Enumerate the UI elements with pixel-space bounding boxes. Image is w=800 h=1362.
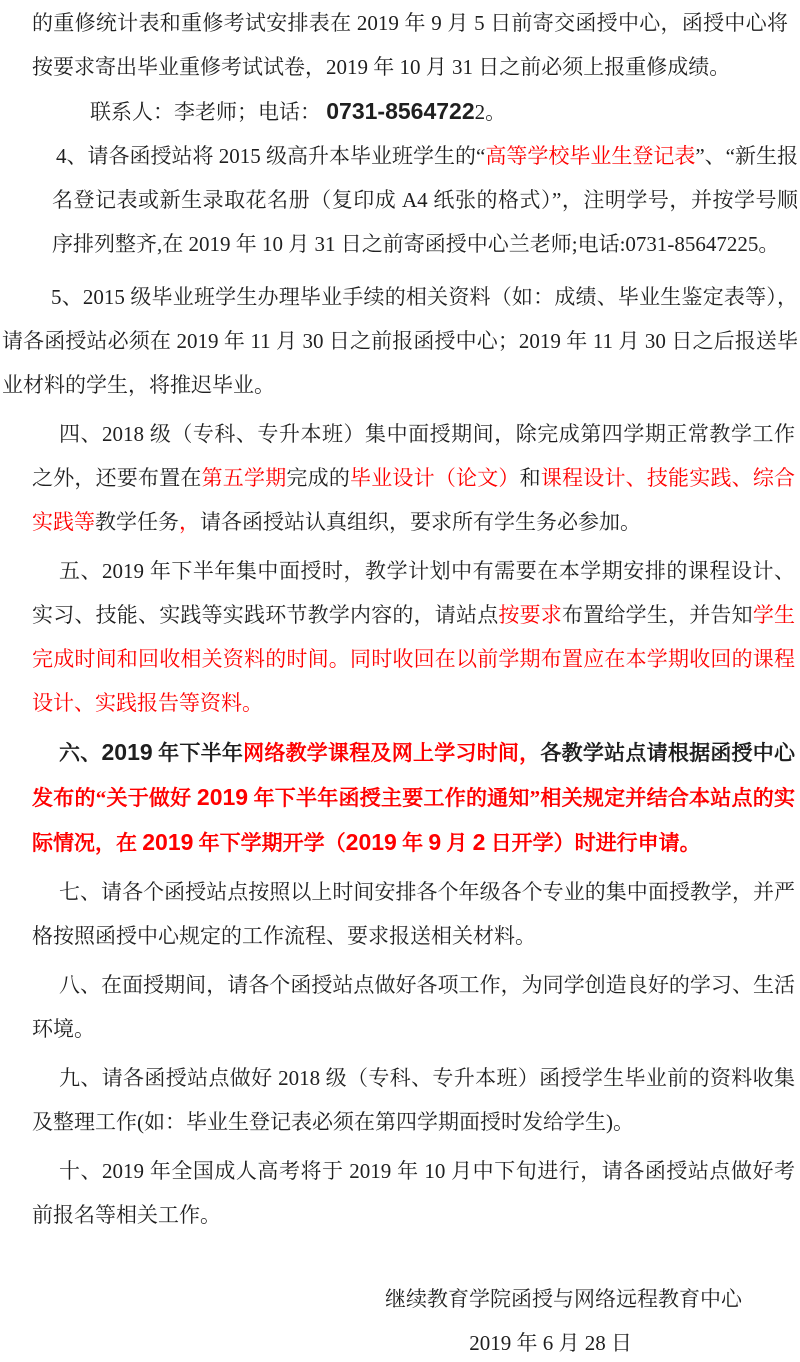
text-run: ， [179, 510, 200, 534]
paragraph-section-9: 九、请各函授站点做好 2018 级（专科、专升本班）函授学生毕业前的资料收集及整… [32, 1056, 795, 1144]
text-run: 年下学期开学（ [193, 831, 345, 855]
signature-block: 继续教育学院函授与网络远程教育中心 2019 年 6 月 28 日 [0, 1277, 800, 1362]
text-run: 年 [397, 831, 429, 855]
text-run: 十、2019 年全国成人高考将于 2019 年 10 月中下旬进行，请各函授站点… [32, 1159, 795, 1227]
paragraph-section-5: 五、2019 年下半年集中面授时，教学计划中有需要在本学期安排的课程设计、实习、… [32, 549, 795, 725]
text-run: 2019 [142, 829, 193, 855]
paragraph-section-4: 四、2018 级（专科、专升本班）集中面授期间，除完成第四学期正常教学工作之外，… [32, 412, 795, 544]
text-run: 2019 [346, 829, 397, 855]
text-run: 八、在面授期间，请各个函授站点做好各项工作，为同学创造良好的学习、生活环境。 [32, 973, 795, 1041]
text-run: 2。 [475, 100, 507, 124]
paragraph-section-8: 八、在面授期间，请各个函授站点做好各项工作，为同学创造良好的学习、生活环境。 [32, 963, 795, 1051]
text-run: 七、请各个函授站点按照以上时间安排各个年级各个专业的集中面授教学，并严格按照函授… [32, 880, 795, 948]
signature-org: 继续教育学院函授与网络远程教育中心 [0, 1277, 800, 1321]
text-run: 按要求 [498, 603, 562, 627]
text-run: 请各函授站认真组织，要求所有学生务必参加。 [200, 510, 641, 534]
paragraph-item-5: 5、2015 级毕业班学生办理毕业手续的相关资料（如：成绩、毕业生鉴定表等），请… [2, 275, 798, 407]
text-run: 月 [441, 831, 473, 855]
paragraph-section-6: 六、2019 年下半年网络教学课程及网上学习时间，各教学站点请根据函授中心发布的… [32, 730, 795, 865]
text-run: 日开学）时进行申请。 [485, 831, 700, 855]
text-run: 联系人：李老师；电话： [90, 100, 326, 124]
text-run: 九、请各函授站点做好 2018 级（专科、专升本班）函授学生毕业前的资料收集及整… [32, 1066, 795, 1134]
text-run: 各教学站点请根据函授中心 [540, 741, 795, 765]
paragraph-item-4: 4、请各函授站将 2015 级高升本毕业班学生的“高等学校毕业生登记表”、“新生… [52, 134, 798, 266]
text-run: 布置给学生，并告知 [562, 603, 753, 627]
text-run: 教学任务 [95, 510, 179, 534]
text-run: 发布的“关于做好 [32, 786, 197, 810]
text-run: 9 [428, 829, 441, 855]
signature-date: 2019 年 6 月 28 日 [0, 1321, 800, 1362]
text-run: 0731-8564722 [326, 98, 474, 124]
document-body: 的重修统计表和重修考试安排表在 2019 年 9 月 5 日前寄交函授中心，函授… [0, 1, 800, 1237]
text-run: 2 [473, 829, 486, 855]
text-run: 毕业设计（论文） [350, 466, 520, 490]
text-run: 完成的 [286, 466, 350, 490]
text-run: 六、 [59, 741, 101, 765]
text-run: 第五学期 [202, 466, 287, 490]
text-run: 5、2015 级毕业班学生办理毕业手续的相关资料（如：成绩、毕业生鉴定表等），请… [2, 285, 798, 397]
document-page: 的重修统计表和重修考试安排表在 2019 年 9 月 5 日前寄交函授中心，函授… [0, 0, 800, 1362]
text-run: 的重修统计表和重修考试安排表在 2019 年 9 月 5 日前寄交函授中心，函授… [32, 11, 788, 79]
text-run: 2019 [101, 739, 152, 765]
text-run: 网络教学课程及网上学习时间， [243, 741, 540, 765]
text-run: 高等学校毕业生登记表 [485, 144, 695, 168]
text-run: 2019 [197, 784, 248, 810]
paragraph-section-7: 七、请各个函授站点按照以上时间安排各个年级各个专业的集中面授教学，并严格按照函授… [32, 870, 795, 958]
text-run: 4、请各函授站将 2015 级高升本毕业班学生的“ [56, 144, 485, 168]
text-run: 和 [520, 466, 541, 490]
paragraph-section-10: 十、2019 年全国成人高考将于 2019 年 10 月中下旬进行，请各函授站点… [32, 1149, 795, 1237]
paragraph-continuation: 的重修统计表和重修考试安排表在 2019 年 9 月 5 日前寄交函授中心，函授… [32, 1, 788, 89]
text-run: 年下半年 [153, 741, 243, 765]
paragraph-contact: 联系人：李老师；电话： 0731-85647222。 [32, 89, 792, 134]
